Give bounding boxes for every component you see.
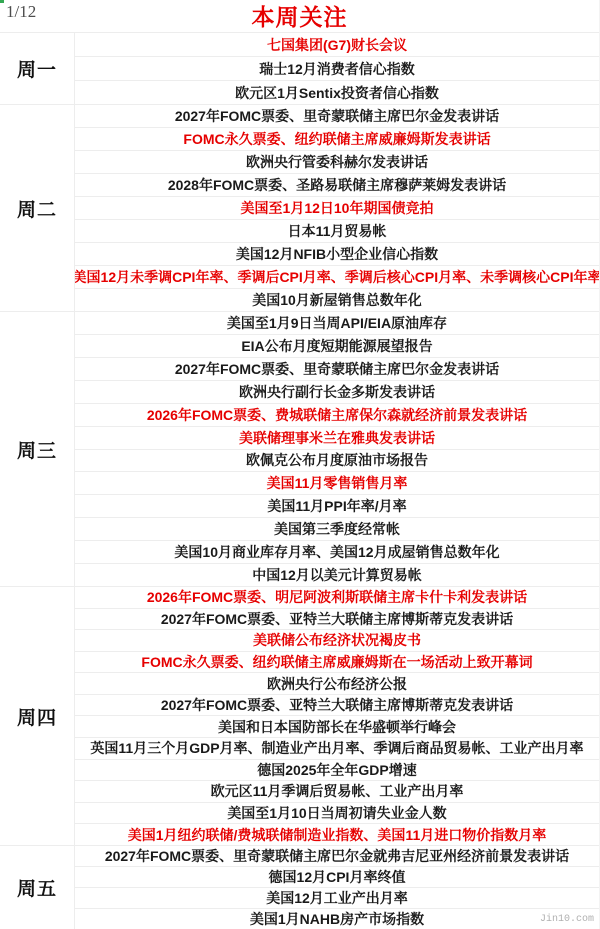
event-text: 德国2025年全年GDP增速: [257, 763, 416, 777]
event-row: 2026年FOMC票委、费城联储主席保尔森就经济前景发表讲话: [75, 403, 599, 426]
event-text: FOMC永久票委、纽约联储主席威廉姆斯在一场活动上致开幕词: [141, 655, 532, 669]
event-text: 七国集团(G7)财长会议: [267, 38, 407, 52]
week-schedule-table: 周一七国集团(G7)财长会议瑞士12月消费者信心指数欧元区1月Sentix投资者…: [0, 33, 599, 929]
day-label: 周二: [0, 105, 75, 311]
event-text: 欧洲央行副行长金多斯发表讲话: [239, 385, 435, 399]
event-row: 美国1月纽约联储/费城联储制造业指数、美国11月进口物价指数月率: [75, 823, 599, 845]
page-index: 1/12: [6, 2, 36, 22]
screenshot-artifact-dot: [0, 0, 4, 3]
event-row: 欧佩克公布月度原油市场报告: [75, 449, 599, 472]
watermark: Jin10.com: [540, 914, 594, 925]
event-text: 美国第三季度经常帐: [274, 522, 400, 536]
event-row: 德国2025年全年GDP增速: [75, 759, 599, 781]
event-row: 美国12月工业产出月率: [75, 887, 599, 908]
event-text: 美国1月NAHB房产市场指数: [250, 912, 424, 926]
event-row: 欧洲央行管委科赫尔发表讲话: [75, 150, 599, 173]
event-text: 2027年FOMC票委、里奇蒙联储主席巴尔金就弗吉尼亚州经济前景发表讲话: [105, 849, 569, 863]
event-text: 美国至1月12日10年期国债竞拍: [241, 201, 434, 215]
event-row: 七国集团(G7)财长会议: [75, 33, 599, 56]
event-text: 欧佩克公布月度原油市场报告: [246, 453, 428, 467]
event-text: 美国12月工业产出月率: [266, 891, 408, 905]
event-row: 美国至1月12日10年期国债竞拍: [75, 196, 599, 219]
event-text: 美国和日本国防部长在华盛顿举行峰会: [218, 720, 456, 734]
event-rows: 七国集团(G7)财长会议瑞士12月消费者信心指数欧元区1月Sentix投资者信心…: [75, 33, 599, 104]
day-section-1: 周一七国集团(G7)财长会议瑞士12月消费者信心指数欧元区1月Sentix投资者…: [0, 33, 599, 105]
event-row: 美国11月PPI年率/月率: [75, 494, 599, 517]
page-title: 本周关注: [252, 4, 348, 29]
day-section-5: 周五2027年FOMC票委、里奇蒙联储主席巴尔金就弗吉尼亚州经济前景发表讲话德国…: [0, 846, 599, 929]
event-row: 美国10月商业库存月率、美国12月成屋销售总数年化: [75, 540, 599, 563]
event-row: FOMC永久票委、纽约联储主席威廉姆斯在一场活动上致开幕词: [75, 651, 599, 673]
event-text: EIA公布月度短期能源展望报告: [241, 339, 432, 353]
event-text: 美国10月新屋销售总数年化: [252, 293, 422, 307]
day-label: 周四: [0, 587, 75, 845]
event-text: 瑞士12月消费者信心指数: [259, 62, 415, 76]
event-row: 美联储理事米兰在雅典发表讲话: [75, 426, 599, 449]
event-row: 2027年FOMC票委、亚特兰大联储主席博斯蒂克发表讲话: [75, 694, 599, 716]
day-section-4: 周四2026年FOMC票委、明尼阿波利斯联储主席卡什卡利发表讲话2027年FOM…: [0, 587, 599, 846]
event-text: 2026年FOMC票委、费城联储主席保尔森就经济前景发表讲话: [147, 408, 527, 422]
event-row: 2026年FOMC票委、明尼阿波利斯联储主席卡什卡利发表讲话: [75, 587, 599, 608]
event-text: 美国1月纽约联储/费城联储制造业指数、美国11月进口物价指数月率: [128, 828, 546, 842]
event-row: FOMC永久票委、纽约联储主席威廉姆斯发表讲话: [75, 127, 599, 150]
event-row: 美国1月NAHB房产市场指数: [75, 908, 599, 929]
event-row: 欧洲央行副行长金多斯发表讲话: [75, 380, 599, 403]
event-text: 2027年FOMC票委、亚特兰大联储主席博斯蒂克发表讲话: [161, 698, 513, 712]
event-row: 中国12月以美元计算贸易帐: [75, 563, 599, 586]
event-row: 德国12月CPI月率终值: [75, 866, 599, 887]
event-row: 美联储公布经济状况褐皮书: [75, 629, 599, 651]
event-text: 欧洲央行公布经济公报: [267, 677, 407, 691]
event-row: 美国12月未季调CPI年率、季调后CPI月率、季调后核心CPI月率、未季调核心C…: [75, 265, 599, 288]
event-text: 美联储理事米兰在雅典发表讲话: [239, 431, 435, 445]
event-row: 美国11月零售销售月率: [75, 471, 599, 494]
event-text: 欧元区1月Sentix投资者信心指数: [235, 86, 439, 100]
event-text: 2027年FOMC票委、里奇蒙联储主席巴尔金发表讲话: [175, 109, 499, 123]
event-row: 欧元区1月Sentix投资者信心指数: [75, 80, 599, 104]
event-text: 2027年FOMC票委、亚特兰大联储主席博斯蒂克发表讲话: [161, 612, 513, 626]
event-row: 欧元区11月季调后贸易帐、工业产出月率: [75, 780, 599, 802]
event-row: 美国10月新屋销售总数年化: [75, 288, 599, 311]
event-row: 美国12月NFIB小型企业信心指数: [75, 242, 599, 265]
event-text: 美国12月NFIB小型企业信心指数: [236, 247, 438, 261]
event-row: 美国和日本国防部长在华盛顿举行峰会: [75, 715, 599, 737]
event-row: EIA公布月度短期能源展望报告: [75, 334, 599, 357]
weekly-calendar-page: 1/12 本周关注 周一七国集团(G7)财长会议瑞士12月消费者信心指数欧元区1…: [0, 0, 600, 929]
event-text: 美国10月商业库存月率、美国12月成屋销售总数年化: [174, 545, 499, 559]
event-text: 德国12月CPI月率终值: [269, 870, 406, 884]
day-section-2: 周二2027年FOMC票委、里奇蒙联储主席巴尔金发表讲话FOMC永久票委、纽约联…: [0, 105, 599, 312]
event-text: 日本11月贸易帐: [288, 224, 387, 238]
event-text: 美国11月PPI年率/月率: [267, 499, 406, 513]
event-text: 欧洲央行管委科赫尔发表讲话: [246, 155, 428, 169]
event-text: 美国11月零售销售月率: [267, 476, 408, 490]
event-rows: 2026年FOMC票委、明尼阿波利斯联储主席卡什卡利发表讲话2027年FOMC票…: [75, 587, 599, 845]
event-text: 2026年FOMC票委、明尼阿波利斯联储主席卡什卡利发表讲话: [147, 590, 527, 604]
event-text: 美联储公布经济状况褐皮书: [253, 633, 421, 647]
event-rows: 2027年FOMC票委、里奇蒙联储主席巴尔金发表讲话FOMC永久票委、纽约联储主…: [75, 105, 599, 311]
event-text: 2027年FOMC票委、里奇蒙联储主席巴尔金发表讲话: [175, 362, 499, 376]
event-text: FOMC永久票委、纽约联储主席威廉姆斯发表讲话: [183, 132, 490, 146]
day-label: 周三: [0, 312, 75, 586]
event-row: 2027年FOMC票委、里奇蒙联储主席巴尔金就弗吉尼亚州经济前景发表讲话: [75, 846, 599, 866]
event-row: 2028年FOMC票委、圣路易联储主席穆萨莱姆发表讲话: [75, 173, 599, 196]
event-text: 美国至1月10日当周初请失业金人数: [227, 806, 446, 820]
event-row: 欧洲央行公布经济公报: [75, 672, 599, 694]
day-label: 周五: [0, 846, 75, 929]
event-text: 中国12月以美元计算贸易帐: [252, 568, 422, 582]
event-row: 美国第三季度经常帐: [75, 517, 599, 540]
event-text: 欧元区11月季调后贸易帐、工业产出月率: [211, 784, 464, 798]
event-text: 英国11月三个月GDP月率、制造业产出月率、季调后商品贸易帐、工业产出月率: [90, 741, 583, 755]
event-text: 2028年FOMC票委、圣路易联储主席穆萨莱姆发表讲话: [168, 178, 506, 192]
event-row: 日本11月贸易帐: [75, 219, 599, 242]
event-text: 美国12月未季调CPI年率、季调后CPI月率、季调后核心CPI月率、未季调核心C…: [75, 270, 599, 284]
day-label: 周一: [0, 33, 75, 104]
event-row: 英国11月三个月GDP月率、制造业产出月率、季调后商品贸易帐、工业产出月率: [75, 737, 599, 759]
event-row: 2027年FOMC票委、里奇蒙联储主席巴尔金发表讲话: [75, 357, 599, 380]
event-text: 美国至1月9日当周API/EIA原油库存: [227, 316, 447, 330]
event-rows: 美国至1月9日当周API/EIA原油库存EIA公布月度短期能源展望报告2027年…: [75, 312, 599, 586]
event-row: 瑞士12月消费者信心指数: [75, 56, 599, 80]
event-row: 美国至1月9日当周API/EIA原油库存: [75, 312, 599, 334]
page-header: 1/12 本周关注: [0, 0, 599, 33]
event-row: 2027年FOMC票委、亚特兰大联储主席博斯蒂克发表讲话: [75, 608, 599, 630]
event-rows: 2027年FOMC票委、里奇蒙联储主席巴尔金就弗吉尼亚州经济前景发表讲话德国12…: [75, 846, 599, 929]
event-row: 2027年FOMC票委、里奇蒙联储主席巴尔金发表讲话: [75, 105, 599, 127]
event-row: 美国至1月10日当周初请失业金人数: [75, 802, 599, 824]
day-section-3: 周三美国至1月9日当周API/EIA原油库存EIA公布月度短期能源展望报告202…: [0, 312, 599, 587]
